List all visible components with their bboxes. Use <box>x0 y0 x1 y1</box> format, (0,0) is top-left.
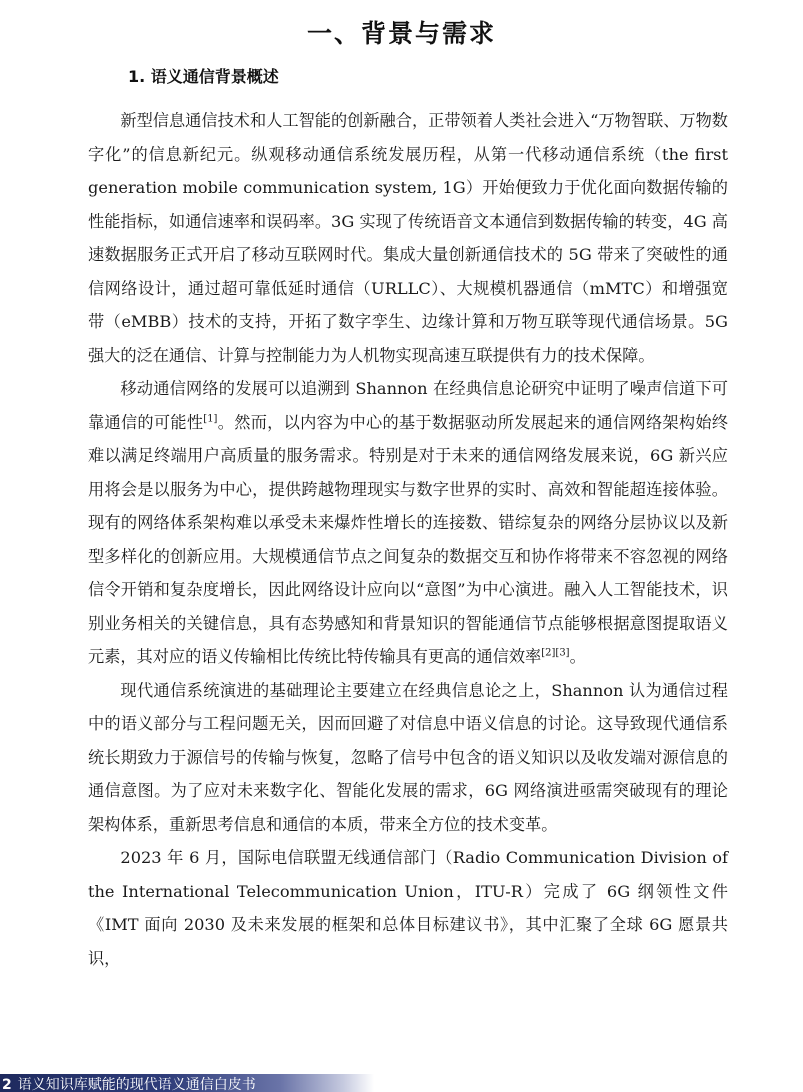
paragraph-3: 现代通信系统演进的基础理论主要建立在经典信息论之上，Shannon 认为通信过程… <box>88 674 728 842</box>
section-heading: 1. 语义通信背景概述 <box>128 64 279 87</box>
paragraph-4: 2023 年 6 月，国际电信联盟无线通信部门（Radio Communicat… <box>88 841 728 975</box>
section-heading-text: 语义通信背景概述 <box>151 67 279 86</box>
page-title: 一、背景与需求 <box>0 14 803 50</box>
paragraph-2: 移动通信网络的发展可以追溯到 Shannon 在经典信息论研究中证明了噪声信道下… <box>88 372 728 674</box>
body-text: 新型信息通信技术和人工智能的创新融合，正带领着人类社会进入“万物智联、万物数字化… <box>88 104 728 975</box>
footer-banner: 2语义知识库赋能的现代语义通信白皮书 <box>0 1074 374 1092</box>
page-number: 2 <box>2 1077 12 1092</box>
paragraph-1: 新型信息通信技术和人工智能的创新融合，正带领着人类社会进入“万物智联、万物数字化… <box>88 104 728 372</box>
paragraph-2-text-b: 。然而，以内容为中心的基于数据驱动所发展起来的通信网络架构始终难以满足终端用户高… <box>88 413 728 667</box>
citation-ref-1[interactable]: [1] <box>203 413 217 424</box>
paragraph-2-text-c: 。 <box>570 647 586 666</box>
running-title: 语义知识库赋能的现代语义通信白皮书 <box>18 1077 256 1092</box>
citation-ref-2-3[interactable]: [2][3] <box>541 648 569 659</box>
section-number: 1. <box>128 67 145 86</box>
